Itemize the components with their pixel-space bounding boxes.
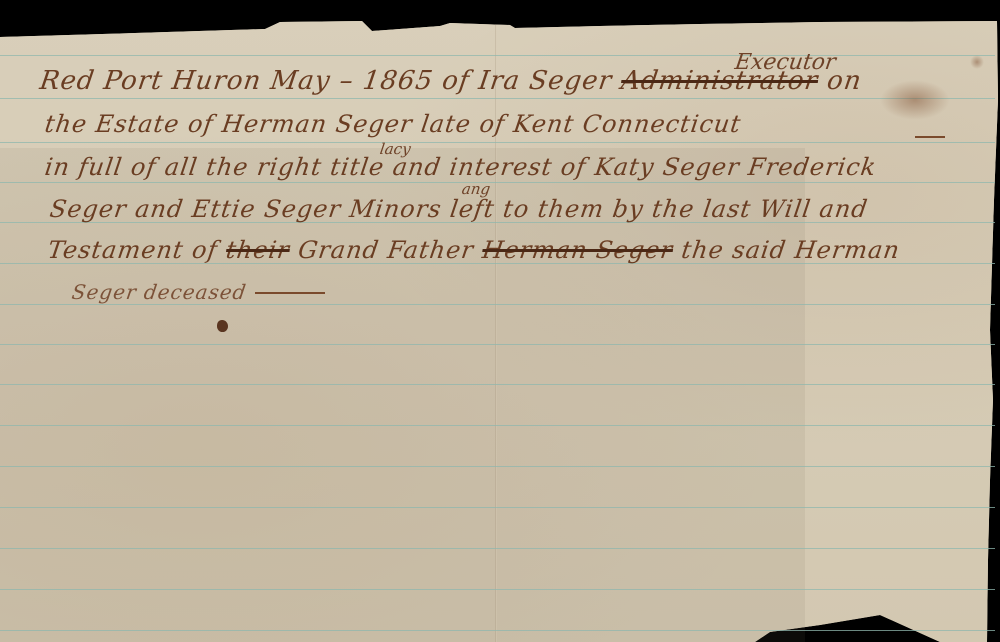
text-line-3: in full of all the right title and inter… — [43, 153, 878, 181]
insertion-executor: Executor — [733, 50, 837, 75]
line-6-dash — [255, 292, 325, 294]
text-line-4: Seger and Ettie Seger Minors left to the… — [48, 195, 870, 223]
insertion-lacy: lacy — [379, 140, 412, 158]
insertion-ang: ang — [461, 180, 492, 198]
handwritten-text: Red Port Huron May – 1865 of Ira Seger A… — [0, 0, 1000, 642]
line-6-text: Seger deceased — [70, 280, 248, 304]
line-1-text: Red Port Huron May – 1865 of Ira Seger — [38, 66, 624, 96]
text-line-5: Testament of their Grand Father Herman S… — [46, 236, 902, 264]
line-4-text: Seger and Ettie Seger Minors left to the… — [48, 195, 870, 223]
struck-name-herman-seger: Herman Seger — [481, 236, 675, 264]
line-5-end: the said Herman — [671, 236, 902, 264]
line-2-dash — [915, 136, 945, 138]
line-5-text: Testament of — [46, 236, 228, 264]
line-3-text: in full of all the right title and inter… — [43, 153, 878, 181]
text-line-2: the Estate of Herman Seger late of Kent … — [43, 110, 743, 138]
line-5-middle: Grand Father — [288, 236, 485, 264]
struck-word-their: their — [224, 236, 291, 264]
line-2-text: the Estate of Herman Seger late of Kent … — [43, 110, 743, 138]
text-line-6: Seger deceased — [70, 280, 248, 304]
